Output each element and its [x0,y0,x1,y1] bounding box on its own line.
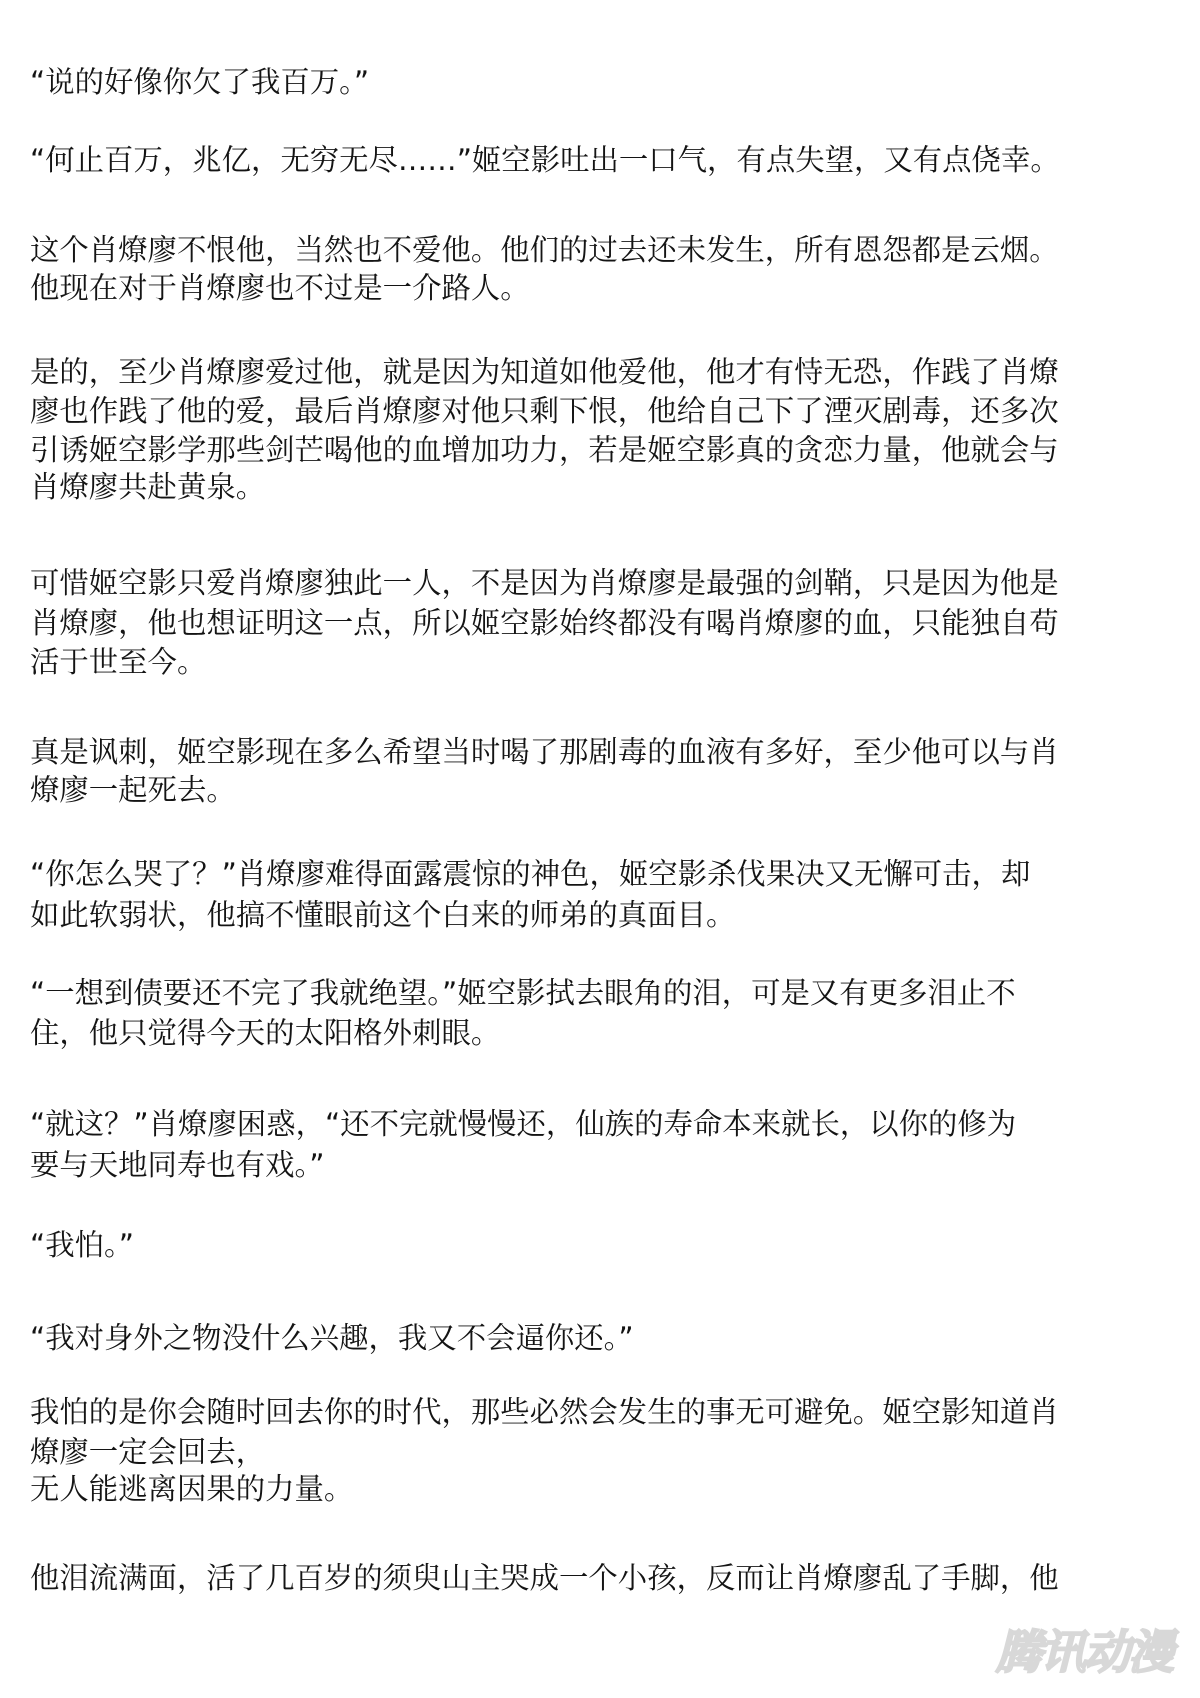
text-line-19: 要与天地同寿也有戏。” [30,1147,1180,1183]
text-line-16: “一想到债要还不完了我就绝望。”姬空影拭去眼角的泪，可是又有更多泪止不 [30,975,1180,1011]
text-line-22: 我怕的是你会随时回去你的时代，那些必然会发生的事无可避免。姬空影知道肖 [30,1394,1180,1430]
text-line-25: 他泪流满面，活了几百岁的须臾山主哭成一个小孩，反而让肖燎廖乱了手脚，他 [30,1560,1180,1596]
text-line-8: 肖燎廖共赴黄泉。 [30,469,1180,505]
text-line-12: 真是讽刺，姬空影现在多么希望当时喝了那剧毒的血液有多好，至少他可以与肖 [30,734,1180,770]
text-line-4: 他现在对于肖燎廖也不过是一介路人。 [30,270,1180,306]
text-line-6: 廖也作践了他的爱，最后肖燎廖对他只剩下恨，他给自己下了湮灭剧毒，还多次 [30,393,1180,429]
text-line-14: “你怎么哭了？”肖燎廖难得面露震惊的神色，姬空影杀伐果决又无懈可击，却 [30,856,1180,892]
text-line-7: 引诱姬空影学那些剑芒喝他的血增加功力，若是姬空影真的贪恋力量，他就会与 [30,432,1180,468]
text-line-20: “我怕。” [30,1227,1180,1263]
novel-page: “说的好像你欠了我百万。” “何止百万，兆亿，无穷无尽……”姬空影吐出一口气，有… [0,0,1200,1698]
text-line-13: 燎廖一起死去。 [30,772,1180,808]
text-line-9: 可惜姬空影只爱肖燎廖独此一人，不是因为肖燎廖是最强的剑鞘，只是因为他是 [30,565,1180,601]
text-line-11: 活于世至今。 [30,644,1180,680]
text-line-21: “我对身外之物没什么兴趣，我又不会逼你还。” [30,1320,1180,1356]
text-line-23: 燎廖一定会回去， [30,1434,1180,1470]
text-line-17: 住，他只觉得今天的太阳格外刺眼。 [30,1015,1180,1051]
tencent-comics-watermark-logo: 腾讯动漫 [986,1626,1182,1678]
text-line-5: 是的，至少肖燎廖爱过他，就是因为知道如他爱他，他才有恃无恐，作践了肖燎 [30,354,1180,390]
text-line-18: “就这？”肖燎廖困惑，“还不完就慢慢还，仙族的寿命本来就长，以你的修为 [30,1106,1180,1142]
text-line-15: 如此软弱状，他搞不懂眼前这个白来的师弟的真面目。 [30,897,1180,933]
text-line-1: “说的好像你欠了我百万。” [30,64,1180,100]
text-line-24: 无人能逃离因果的力量。 [30,1471,1180,1507]
text-line-2: “何止百万，兆亿，无穷无尽……”姬空影吐出一口气，有点失望，又有点侥幸。 [30,142,1180,178]
text-line-10: 肖燎廖，他也想证明这一点，所以姬空影始终都没有喝肖燎廖的血，只能独自苟 [30,605,1180,641]
text-line-3: 这个肖燎廖不恨他，当然也不爱他。他们的过去还未发生，所有恩怨都是云烟。 [30,232,1180,268]
